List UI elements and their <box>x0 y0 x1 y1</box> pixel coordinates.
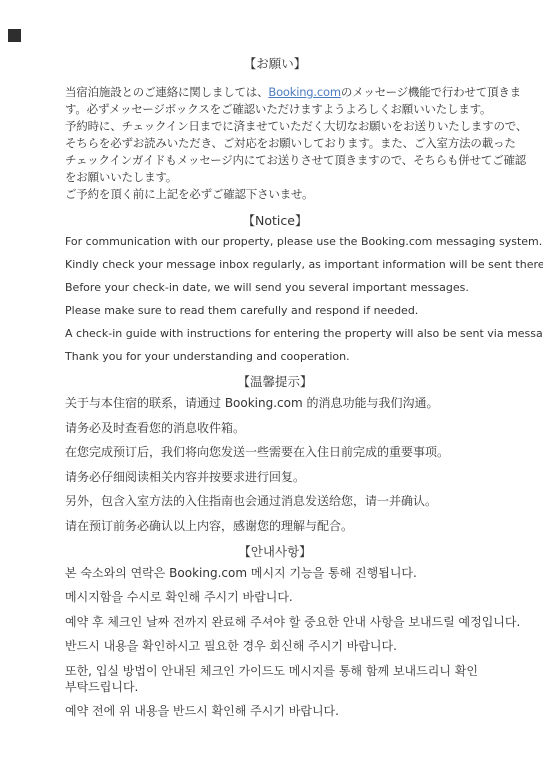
en-paragraph: Kindly check your message inbox regularl… <box>65 257 485 272</box>
ja-paragraph-line: す。必ずメッセージボックスをご確認いただけますようよろしくお願いいたします。 <box>65 101 485 118</box>
zh-paragraph: 请务必及时查看您的消息收件箱。 <box>65 420 485 436</box>
en-paragraph: A check-in guide with instructions for e… <box>65 326 485 341</box>
document-content: 【お願い】 当宿泊施設とのご連絡に関しましては、Booking.comのメッセー… <box>0 0 543 719</box>
zh-paragraph: 请在预订前务必确认以上内容，感谢您的理解与配合。 <box>65 518 485 534</box>
ja-paragraph-line: 当宿泊施設とのご連絡に関しましては、Booking.comのメッセージ機能で行わ… <box>65 84 485 101</box>
en-paragraph: Please make sure to read them carefully … <box>65 303 485 318</box>
zh-paragraph: 关于与本住宿的联系，请通过 Booking.com 的消息功能与我们沟通。 <box>65 395 485 411</box>
ja-paragraph-line: チェックインガイドもメッセージ内にてお送りさせて頂きますので、そちらも併せてご確… <box>65 152 485 169</box>
zh-paragraph: 在您完成预订后，我们将向您发送一些需要在入住日前完成的重要事项。 <box>65 444 485 460</box>
ko-paragraph: 메시지함을 수시로 확인해 주시기 바랍니다. <box>65 589 485 605</box>
ja-line1-post: のメッセージ機能で行わせて頂きま <box>341 85 521 99</box>
section-notice-en: 【Notice】 For communication with our prop… <box>65 213 485 364</box>
ko-paragraph: 예약 후 체크인 날짜 전까지 완료해 주셔야 할 중요한 안내 사항을 보내드… <box>65 614 485 630</box>
ja-line1-pre: 当宿泊施設とのご連絡に関しましては、 <box>65 85 268 99</box>
dark-square-mark <box>8 29 21 42</box>
en-paragraph: Thank you for your understanding and coo… <box>65 349 485 364</box>
ja-paragraph-line: をお願いいたします。 <box>65 169 485 186</box>
section-header-en: 【Notice】 <box>65 213 485 228</box>
section-header-zh: 【温馨提示】 <box>65 374 485 389</box>
zh-paragraph: 另外，包含入室方法的入住指南也会通过消息发送给您，请一并确认。 <box>65 493 485 509</box>
ja-paragraph-line: そちらを必ずお読みいただき、ご対応をお願いしております。また、ご入室方法の載った <box>65 135 485 152</box>
document-page: 【お願い】 当宿泊施設とのご連絡に関しましては、Booking.comのメッセー… <box>0 0 543 768</box>
en-paragraph: For communication with our property, ple… <box>65 234 485 249</box>
ja-paragraph-block: 当宿泊施設とのご連絡に関しましては、Booking.comのメッセージ機能で行わ… <box>65 84 485 203</box>
ja-paragraph-line: 予約時に、チェックイン日までに済ませていただく大切なお願いをお送りいたしますので… <box>65 118 485 135</box>
ko-paragraph: 예약 전에 위 내용을 반드시 확인해 주시기 바랍니다. <box>65 703 485 719</box>
section-info-ko: 【안내사항】 본 숙소와의 연락은 Booking.com 메시지 기능을 통해… <box>65 544 485 720</box>
section-request-ja: 【お願い】 当宿泊施設とのご連絡に関しましては、Booking.comのメッセー… <box>65 56 485 203</box>
section-tips-zh: 【温馨提示】 关于与本住宿的联系，请通过 Booking.com 的消息功能与我… <box>65 374 485 534</box>
booking-com-link[interactable]: Booking.com <box>268 85 340 99</box>
en-paragraph: Before your check-in date, we will send … <box>65 280 485 295</box>
section-header-ko: 【안내사항】 <box>65 544 485 559</box>
ja-paragraph-line: ご予約を頂く前に上記を必ずご確認下さいませ。 <box>65 186 485 203</box>
ko-paragraph: 본 숙소와의 연락은 Booking.com 메시지 기능을 통해 진행됩니다. <box>65 565 485 581</box>
section-header-ja: 【お願い】 <box>65 56 485 71</box>
ko-paragraph: 또한, 입실 방법이 안내된 체크인 가이드도 메시지를 통해 함께 보내드리니… <box>65 663 481 695</box>
ko-paragraph: 반드시 내용을 확인하시고 필요한 경우 회신해 주시기 바랍니다. <box>65 638 485 654</box>
zh-paragraph: 请务必仔细阅读相关内容并按要求进行回复。 <box>65 469 485 485</box>
